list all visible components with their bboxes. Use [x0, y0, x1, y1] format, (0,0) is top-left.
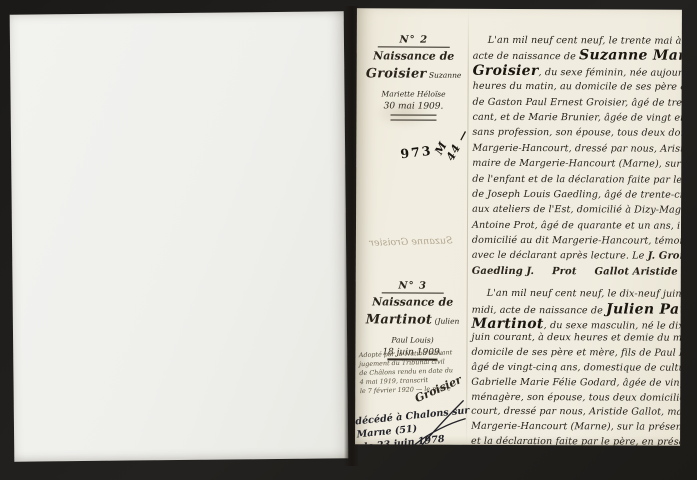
- hand-line: L'an mil neuf cent neuf, le trente mai à…: [473, 33, 682, 49]
- act-text: de Gaston Paul Ernest Groisier, âgé de t…: [473, 96, 682, 108]
- act-text: domicile de ses père et mère, fils de Pa…: [471, 347, 682, 359]
- act-text: acte de naissance de: [473, 51, 579, 62]
- act-text: Margerie-Hancourt (Marne), sur la présen…: [471, 421, 682, 433]
- act-text: midi, acte de naissance de: [472, 305, 606, 317]
- hand-line: domicilié au dit Margerie-Hancourt, témo…: [472, 233, 682, 249]
- birth-act-1-text: L'an mil neuf cent neuf, le trente mai à…: [472, 33, 682, 280]
- hand-line: Margerie-Hancourt, dressé par nous, Aris…: [472, 141, 682, 157]
- act-person-name: Martinot: [472, 315, 544, 331]
- hand-line: domicile de ses père et mère, fils de Pa…: [471, 346, 682, 362]
- hand-line: juin courant, à deux heures et demie du …: [471, 331, 681, 347]
- hand-line: aux ateliers de l'Est, domicilié à Dizy-…: [472, 202, 682, 218]
- act-text: aux ateliers de l'Est, domicilié à Dizy-…: [472, 204, 682, 216]
- margin-annotations-column: N° 2 Naissance de Groisier Suzanne Marie…: [355, 8, 468, 444]
- act-text: de l'enfant et de la déclaration faite p…: [472, 173, 682, 185]
- ink-smudge: [374, 98, 434, 128]
- act-text: et la déclaration faite par le père, en …: [471, 436, 682, 446]
- hand-line: heures du matin, au domicile de ses père…: [473, 79, 682, 95]
- act-text: Margerie-Hancourt, dressé par nous, Aris…: [472, 143, 682, 155]
- hand-line: maire de Margerie-Hancourt (Marne), sur …: [472, 156, 682, 172]
- act-text: court, dressé par nous, Aristide Gallot,…: [471, 406, 682, 418]
- act-signature: Gallot Aristide: [595, 266, 678, 277]
- hand-line: et la déclaration faite par le père, en …: [471, 435, 682, 446]
- paraph-flourish: [407, 399, 469, 446]
- hand-line: Gaedling J.ProtGallot Aristide: [472, 264, 682, 280]
- hand-line: âgé de vingt-cinq ans, domestique de cul…: [471, 361, 682, 377]
- register-scan: N° 2 Naissance de Groisier Suzanne Marie…: [0, 0, 697, 480]
- act-text: Antoine Prot, âgé de quarante et un ans,…: [472, 219, 682, 231]
- hand-line: Martinot, du sexe masculin, né le dix-hu…: [472, 316, 682, 332]
- birth-act-2-text: L'an mil neuf cent neuf, le dix-neuf jui…: [471, 287, 682, 446]
- register-right-page: N° 2 Naissance de Groisier Suzanne Marie…: [355, 8, 682, 445]
- hand-line: avec le déclarant après lecture. Le J. G…: [472, 248, 682, 264]
- act-text: domicilié au dit Margerie-Hancourt, témo…: [472, 235, 682, 247]
- hand-line: Margerie-Hancourt (Marne), sur la présen…: [471, 420, 682, 436]
- acts-text-column: L'an mil neuf cent neuf, le trente mai à…: [468, 9, 682, 446]
- divider-rule: [382, 292, 444, 294]
- hand-line: L'an mil neuf cent neuf, le dix-neuf jui…: [472, 287, 682, 303]
- page-number-stamp: 973: [400, 143, 434, 162]
- record-name: Martinot (Julien Paul Louis): [360, 309, 464, 347]
- act-text: juin courant, à deux heures et demie du …: [471, 332, 681, 344]
- hand-line: sans profession, son épouse, tous deux d…: [472, 125, 682, 141]
- record-surname: Groisier: [366, 67, 427, 82]
- act-text: sans profession, son épouse, tous deux d…: [472, 127, 682, 139]
- hand-line: court, dressé par nous, Aristide Gallot,…: [471, 405, 682, 421]
- act-person-name: Julien Paul Lou: [606, 301, 682, 318]
- hand-line: Groisier, du sexe féminin, née aujourd'h…: [473, 64, 682, 80]
- hand-line: de l'enfant et de la déclaration faite p…: [472, 171, 682, 187]
- hand-line: de Gaston Paul Ernest Groisier, âgé de t…: [473, 94, 682, 110]
- hand-line: Antoine Prot, âgé de quarante et un ans,…: [472, 217, 682, 233]
- act-text: âgé de vingt-cinq ans, domestique de cul…: [471, 362, 682, 374]
- divider-rule: [378, 46, 450, 48]
- act-text: cant, et de Marie Brunier, âgée de vingt…: [472, 112, 681, 124]
- act-text: Gabrielle Marie Félie Godard, âgée de vi…: [471, 377, 682, 389]
- act-text: L'an mil neuf cent neuf, le trente mai à…: [488, 35, 682, 47]
- hand-line: ménagère, son épouse, tous deux domicili…: [471, 390, 682, 406]
- hand-line: cant, et de Marie Brunier, âgée de vingt…: [472, 110, 682, 126]
- act-text: avec le déclarant après lecture. Le: [472, 250, 648, 262]
- act-text: heures du matin, au domicile de ses père…: [473, 81, 682, 93]
- record-title: Naissance de: [362, 50, 466, 63]
- record-number: N° 3: [361, 280, 465, 291]
- hand-line: Gabrielle Marie Félie Godard, âgée de vi…: [471, 376, 682, 392]
- record-number: N° 2: [362, 34, 466, 45]
- act-person-name: Groisier: [473, 63, 539, 79]
- act-signature: Prot: [552, 266, 577, 277]
- act-text: , du sexe masculin, né le dix-huit: [544, 320, 682, 332]
- record-name: Groisier Suzanne Mariette Héloïse: [362, 63, 466, 101]
- act-signature: J. Groisier: [648, 251, 682, 262]
- act-text: ménagère, son épouse, tous deux domicili…: [471, 391, 682, 403]
- record-surname: Martinot: [366, 313, 432, 328]
- archive-cote-note: M 44 —: [432, 120, 471, 163]
- hand-line: de Joseph Louis Gaedling, âgé de trente-…: [472, 187, 682, 203]
- act-text: L'an mil neuf cent neuf, le dix-neuf jui…: [487, 288, 682, 300]
- act-text: maire de Margerie-Hancourt (Marne), sur …: [472, 158, 682, 170]
- ink-offset-text: Suzanne Groisier: [360, 235, 462, 249]
- act-text: de Joseph Louis Gaedling, âgé de trente-…: [472, 189, 682, 201]
- blank-left-page: [10, 11, 349, 461]
- record-title: Naissance de: [361, 296, 465, 309]
- act-person-name: Suzanne Mariette Héloï: [579, 48, 682, 65]
- act-signature: Gaedling J.: [472, 266, 534, 277]
- act-text: , du sexe féminin, née aujourd'hui à six: [539, 67, 682, 79]
